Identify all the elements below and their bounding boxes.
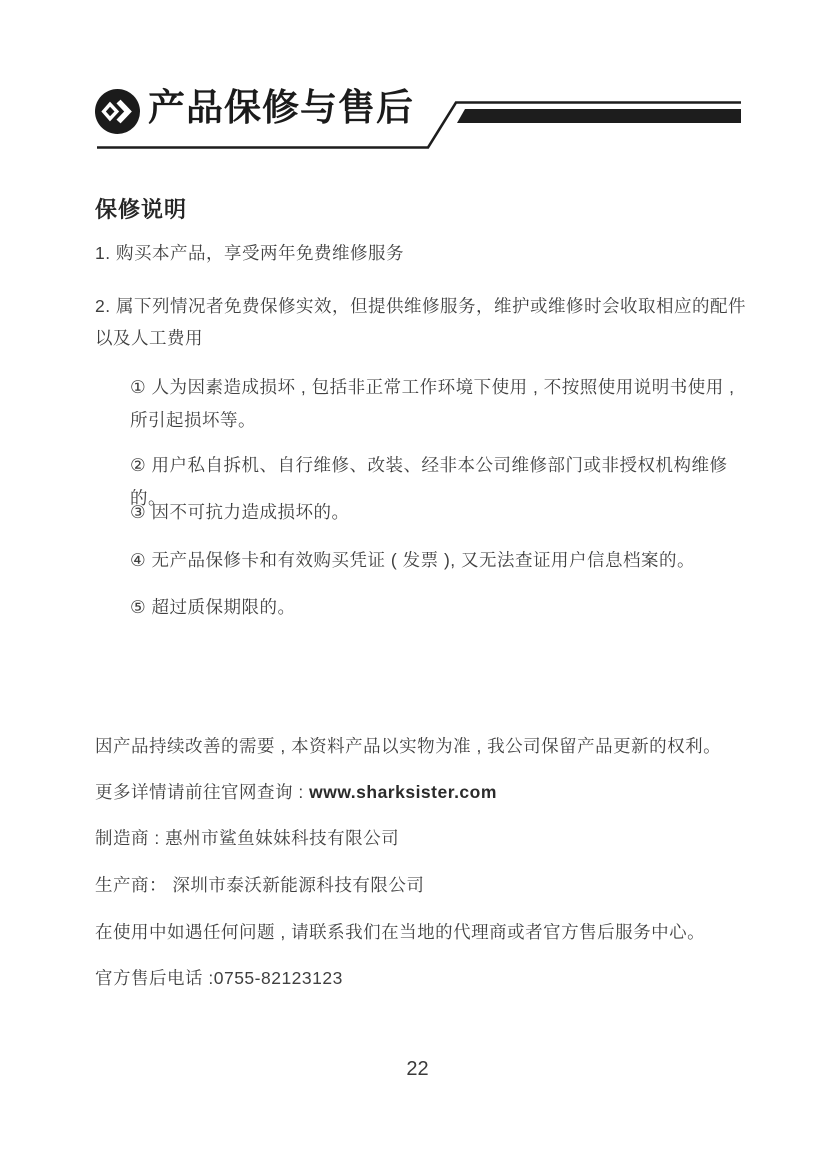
page-number: 22 (0, 1058, 835, 1081)
header-accent-lines (95, 88, 745, 152)
warranty-subitem-3: ③ 因不可抗力造成损坏的。 (130, 496, 750, 529)
producer-line: 生产商： 深圳市泰沃新能源科技有限公司 (95, 869, 750, 901)
warranty-subitem-4: ④ 无产品保修卡和有效购买凭证 ( 发票 ), 又无法查证用户信息档案的。 (130, 544, 750, 577)
manufacturer-line: 制造商 : 惠州市鲨鱼妹妹科技有限公司 (95, 822, 750, 854)
warranty-subitem-1: ① 人为因素造成损坏 , 包括非正常工作环境下使用 , 不按照使用说明书使用 ,… (130, 371, 750, 437)
warranty-subitem-5: ⑤ 超过质保期限的。 (130, 591, 750, 624)
section-header: 产品保修与售后 (95, 88, 745, 152)
disclaimer-text: 因产品持续改善的需要 , 本资料产品以实物为准 , 我公司保留产品更新的权利。 (95, 730, 750, 762)
warranty-item-1: 1. 购买本产品，享受两年免费维修服务 (95, 237, 750, 269)
hotline-line: 官方售后电话 :0755-82123123 (95, 962, 750, 994)
website-label: 更多详情请前往官网查询 : (95, 782, 309, 802)
support-line: 在使用中如遇任何问题 , 请联系我们在当地的代理商或者官方售后服务中心。 (95, 916, 750, 948)
website-line: 更多详情请前往官网查询 : www.sharksister.com (95, 776, 750, 808)
warranty-item-2: 2. 属下列情况者免费保修实效，但提供维修服务，维护或维修时会收取相应的配件以及… (95, 290, 750, 354)
website-url: www.sharksister.com (309, 782, 497, 802)
warranty-heading: 保修说明 (95, 193, 187, 224)
